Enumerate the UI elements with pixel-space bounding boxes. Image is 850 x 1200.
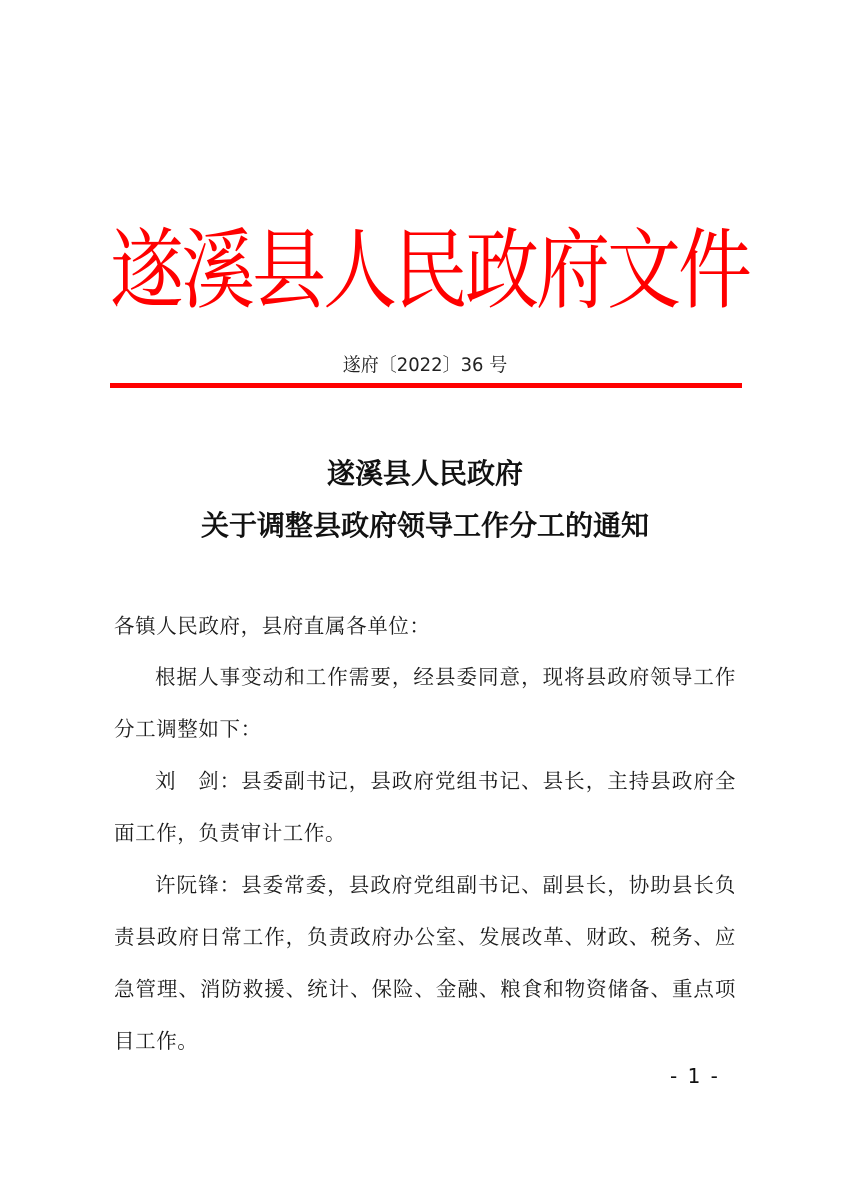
paragraph-xu-ruanfeng: 许阮锋：县委常委，县政府党组副书记、副县长，协助县长负责县政府日常工作，负责政府… [114, 859, 736, 1067]
red-divider-line [110, 383, 742, 388]
paragraph-liu-jian: 刘 剑：县委副书记，县政府党组书记、县长，主持县政府全面工作，负责审计工作。 [114, 755, 736, 859]
salutation: 各镇人民政府，县府直属各单位： [114, 600, 736, 652]
red-letterhead-title: 遂溪县人民政府文件 [110, 212, 742, 330]
page-number: - 1 - [670, 1062, 720, 1090]
notice-title-issuer: 遂溪县人民政府 [0, 456, 850, 492]
notice-title-subject: 关于调整县政府领导工作分工的通知 [0, 508, 850, 544]
document-number: 遂府〔2022〕36 号 [0, 353, 850, 378]
salutation-text: 各镇人民政府，县府直属各单位： [114, 600, 736, 652]
paragraph-intro: 根据人事变动和工作需要，经县委同意，现将县政府领导工作分工调整如下： [114, 651, 736, 755]
document-page: 遂溪县人民政府文件 遂府〔2022〕36 号 遂溪县人民政府 关于调整县政府领导… [0, 0, 850, 1200]
body-paragraphs: 根据人事变动和工作需要，经县委同意，现将县政府领导工作分工调整如下： 刘 剑：县… [114, 651, 736, 1067]
